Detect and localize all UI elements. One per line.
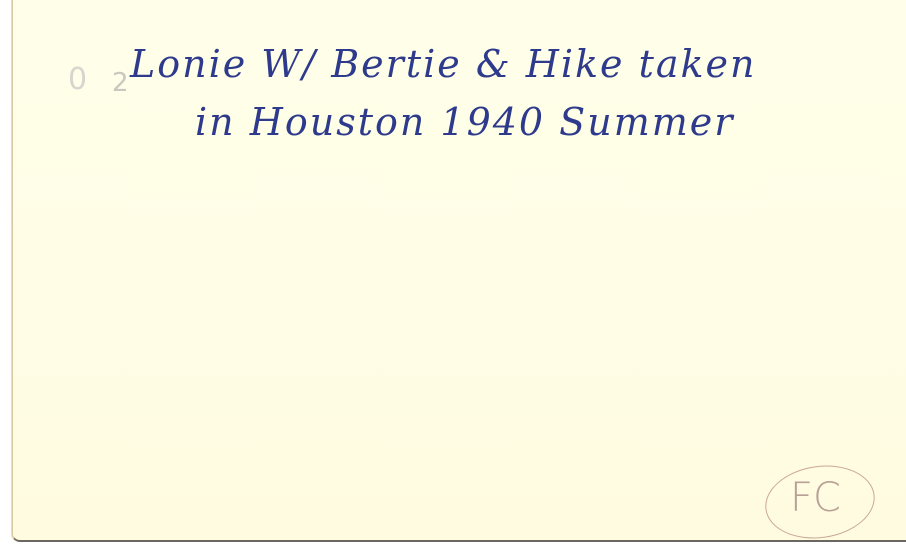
faint-mark-0: 0: [68, 62, 87, 97]
inscription-line-1: Lonie W/ Bertie & Hike taken: [130, 42, 757, 86]
stamp-initials: FC: [790, 475, 841, 521]
inscription-line-2: in Houston 1940 Summer: [195, 100, 734, 144]
faint-mark-2: 2: [112, 68, 129, 98]
